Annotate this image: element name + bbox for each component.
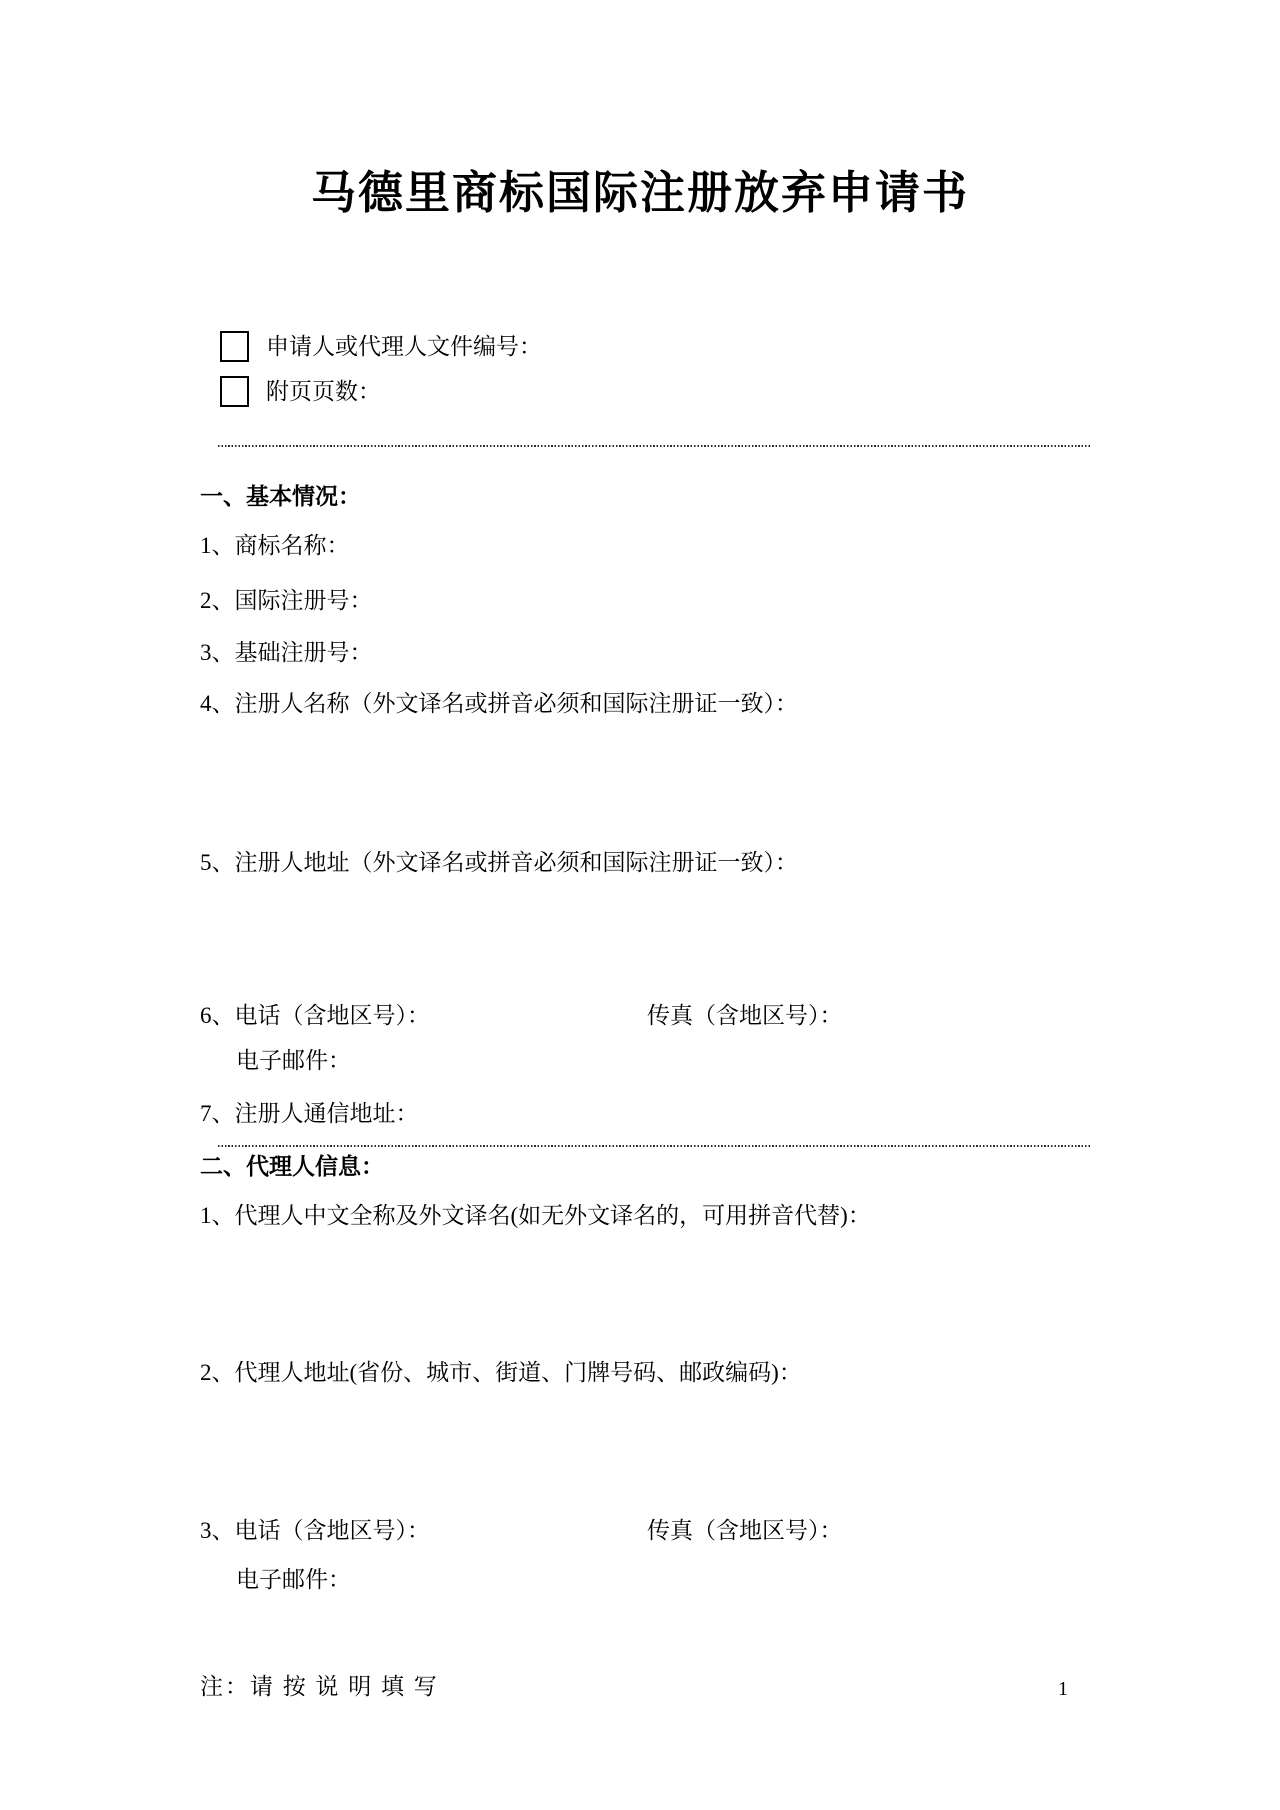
doc-number-label: 申请人或代理人文件编号： [266, 331, 542, 363]
field-registrant-fax: 传真（含地区号）： [647, 1000, 843, 1032]
footer-note: 注：请 按 说 明 填 写 [200, 1671, 439, 1703]
field-intl-reg-number: 2、国际注册号： [200, 585, 373, 617]
field-registrant-postal-address: 7、注册人通信地址： [200, 1098, 419, 1130]
field-registrant-address: 5、注册人地址（外文译名或拼音必须和国际注册证一致）： [200, 847, 798, 879]
field-registrant-name: 4、注册人名称（外文译名或拼音必须和国际注册证一致）： [200, 688, 798, 720]
field-agent-phone: 3、电话（含地区号）： [200, 1515, 430, 1547]
field-agent-name: 1、代理人中文全称及外文译名(如无外文译名的，可用拼音代替)： [200, 1200, 871, 1232]
dotted-separator-2 [218, 1145, 1091, 1147]
attachment-pages-checkbox[interactable] [220, 376, 249, 407]
field-basic-reg-number: 3、基础注册号： [200, 637, 373, 669]
field-trademark-name: 1、商标名称： [200, 530, 350, 562]
field-agent-email: 电子邮件： [236, 1564, 351, 1596]
attachment-pages-label: 附页页数： [266, 376, 381, 408]
page-title: 马德里商标国际注册放弃申请书 [0, 156, 1280, 221]
dotted-separator-1 [218, 445, 1091, 447]
section-basic-heading: 一、基本情况： [200, 481, 361, 513]
page-number: 1 [1058, 1678, 1068, 1701]
application-form-page: 马德里商标国际注册放弃申请书 申请人或代理人文件编号： 附页页数： 一、基本情况… [0, 0, 1280, 1810]
section-agent-heading: 二、代理人信息： [200, 1151, 384, 1183]
field-agent-fax: 传真（含地区号）： [647, 1515, 843, 1547]
field-agent-address: 2、代理人地址(省份、城市、街道、门牌号码、邮政编码)： [200, 1357, 802, 1389]
doc-number-checkbox[interactable] [220, 331, 249, 362]
field-registrant-phone: 6、电话（含地区号）： [200, 1000, 430, 1032]
field-registrant-email: 电子邮件： [236, 1045, 351, 1077]
